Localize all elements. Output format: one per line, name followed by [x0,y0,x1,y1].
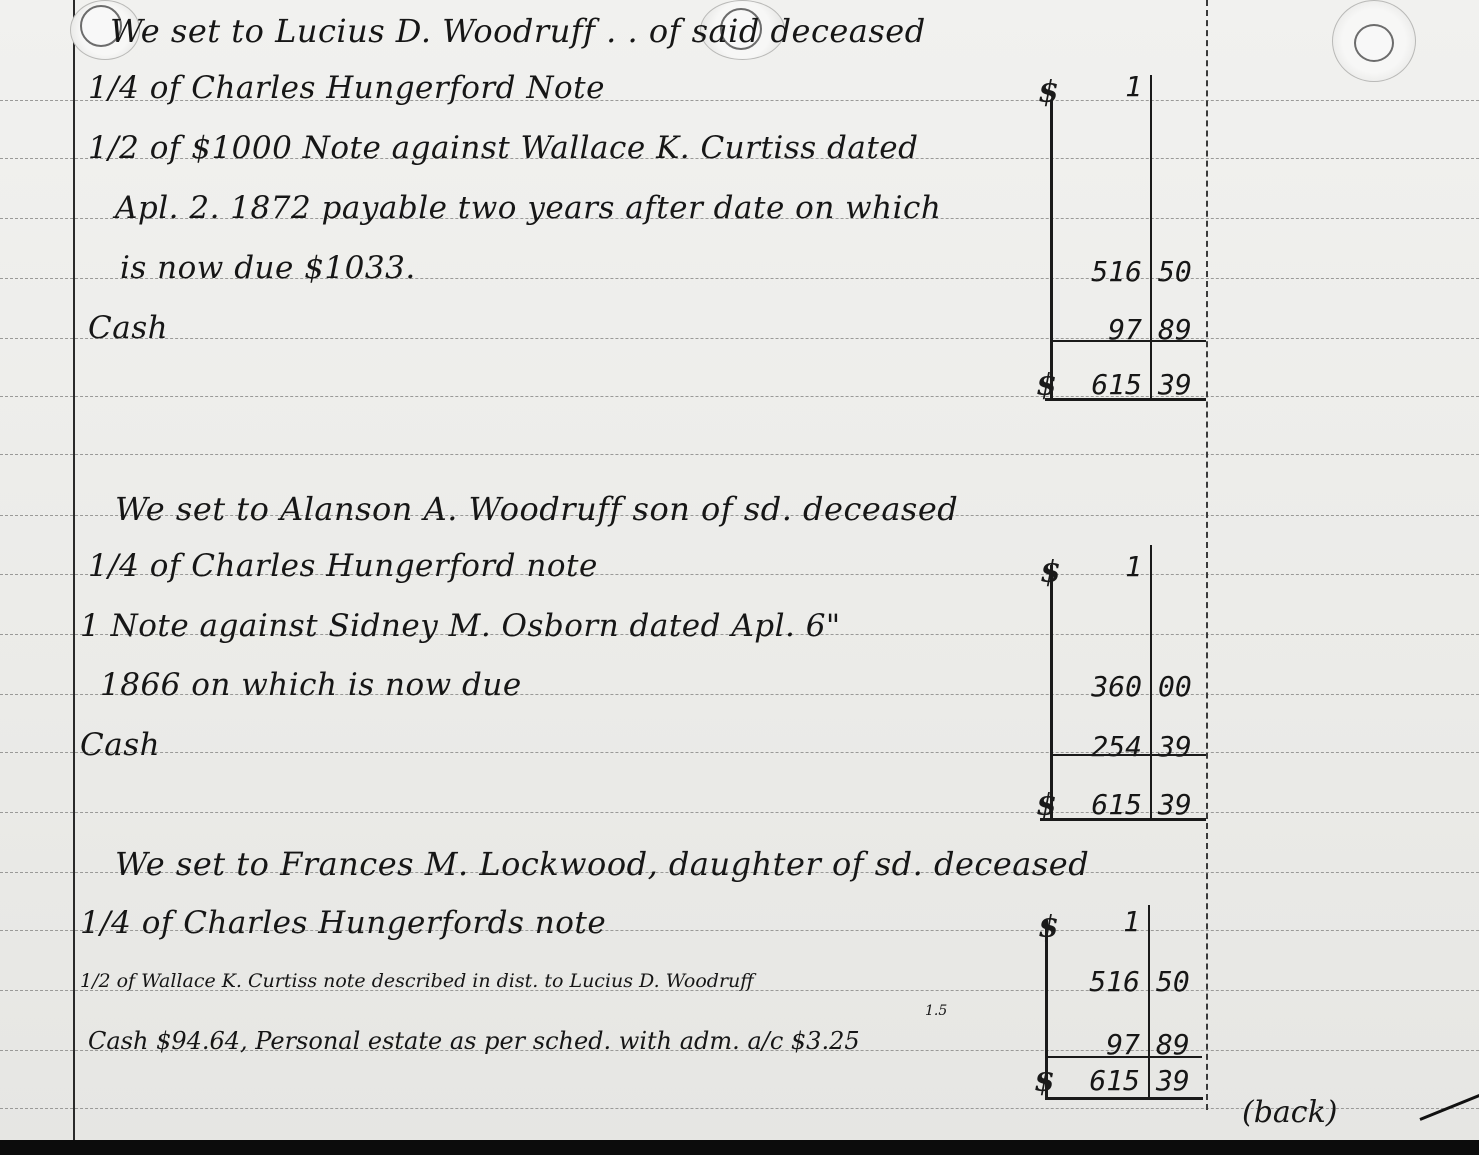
page-corner-edge [1419,1088,1479,1121]
amount-cents: 50 [1156,965,1201,998]
entry-text: 1866 on which is now due [100,667,522,703]
total-double-rule [1040,818,1206,821]
amount-dollars: 516 [1070,255,1142,288]
sum-rule [1052,754,1206,756]
ledger-page: We set to Lucius D. Woodruff . . of said… [0,0,1479,1155]
amount-cents: 00 [1158,670,1203,703]
footer-note: (back) [1242,1095,1337,1130]
cents-column-rule [1150,545,1152,820]
ruled-line [0,338,1479,339]
amount-dollars: 1 [1070,70,1142,103]
amount-dollars: 1 [1070,550,1142,583]
cents-column-rule [1150,75,1152,400]
sum-rule [1052,340,1206,342]
entry-text: Cash [80,727,160,763]
entry-text: 1 Note against Sidney M. Osborn dated Ap… [80,608,841,644]
entry-text: Cash [88,310,168,346]
entry-text: is now due $1033. [120,250,416,286]
dollar-sign-icon: $ [1040,555,1061,590]
entry-text: 1/2 of Wallace K. Curtiss note described… [80,970,754,992]
entry-text: Apl. 2. 1872 payable two years after dat… [115,190,941,226]
entry-text: 1/4 of Charles Hungerfords note [80,905,606,941]
dollar-sign-icon: $ [1038,75,1059,110]
total-double-rule [1045,1097,1203,1100]
section-heading: We set to Alanson A. Woodruff son of sd.… [115,490,958,528]
amount-dollars: 1 [1068,905,1140,938]
total-cents: 39 [1158,788,1203,821]
left-margin-line [73,0,75,1155]
amount-cents: 50 [1158,255,1203,288]
total-dollars: 615 [1070,788,1142,821]
total-cents: 39 [1158,368,1203,401]
total-cents: 39 [1156,1064,1201,1097]
amount-dollars: 360 [1070,670,1142,703]
page-bottom-edge [0,1140,1479,1155]
entry-text: 1/4 of Charles Hungerford Note [88,70,605,106]
ruled-line [0,812,1479,813]
amount-column-rule [1050,100,1053,400]
sum-rule [1047,1056,1202,1058]
section-heading: We set to Lucius D. Woodruff . . of said… [110,12,926,50]
total-dollars: 615 [1070,368,1142,401]
ruled-line [0,396,1479,397]
ruled-line [0,752,1479,753]
amount-column-rule [1050,565,1053,820]
entry-text: 1/2 of $1000 Note against Wallace K. Cur… [88,130,918,166]
total-dollars: 615 [1068,1064,1140,1097]
entry-text: Cash $94.64, Personal estate as per sche… [88,1027,860,1055]
section-heading: We set to Frances M. Lockwood, daughter … [115,845,1089,883]
punch-hole-icon [1332,0,1416,82]
dollar-sign-icon: $ [1038,910,1059,945]
amount-cents: 39 [1158,730,1203,763]
amount-dollars: 254 [1070,730,1142,763]
ruled-line [0,454,1479,455]
dollar-sign-icon: $ [1034,1064,1055,1099]
right-margin-line [1206,0,1208,1110]
cents-column-rule [1148,905,1150,1100]
total-double-rule [1045,398,1206,401]
margin-annotation: 1.5 [925,1003,947,1019]
amount-dollars: 516 [1068,965,1140,998]
entry-text: 1/4 of Charles Hungerford note [88,548,598,584]
